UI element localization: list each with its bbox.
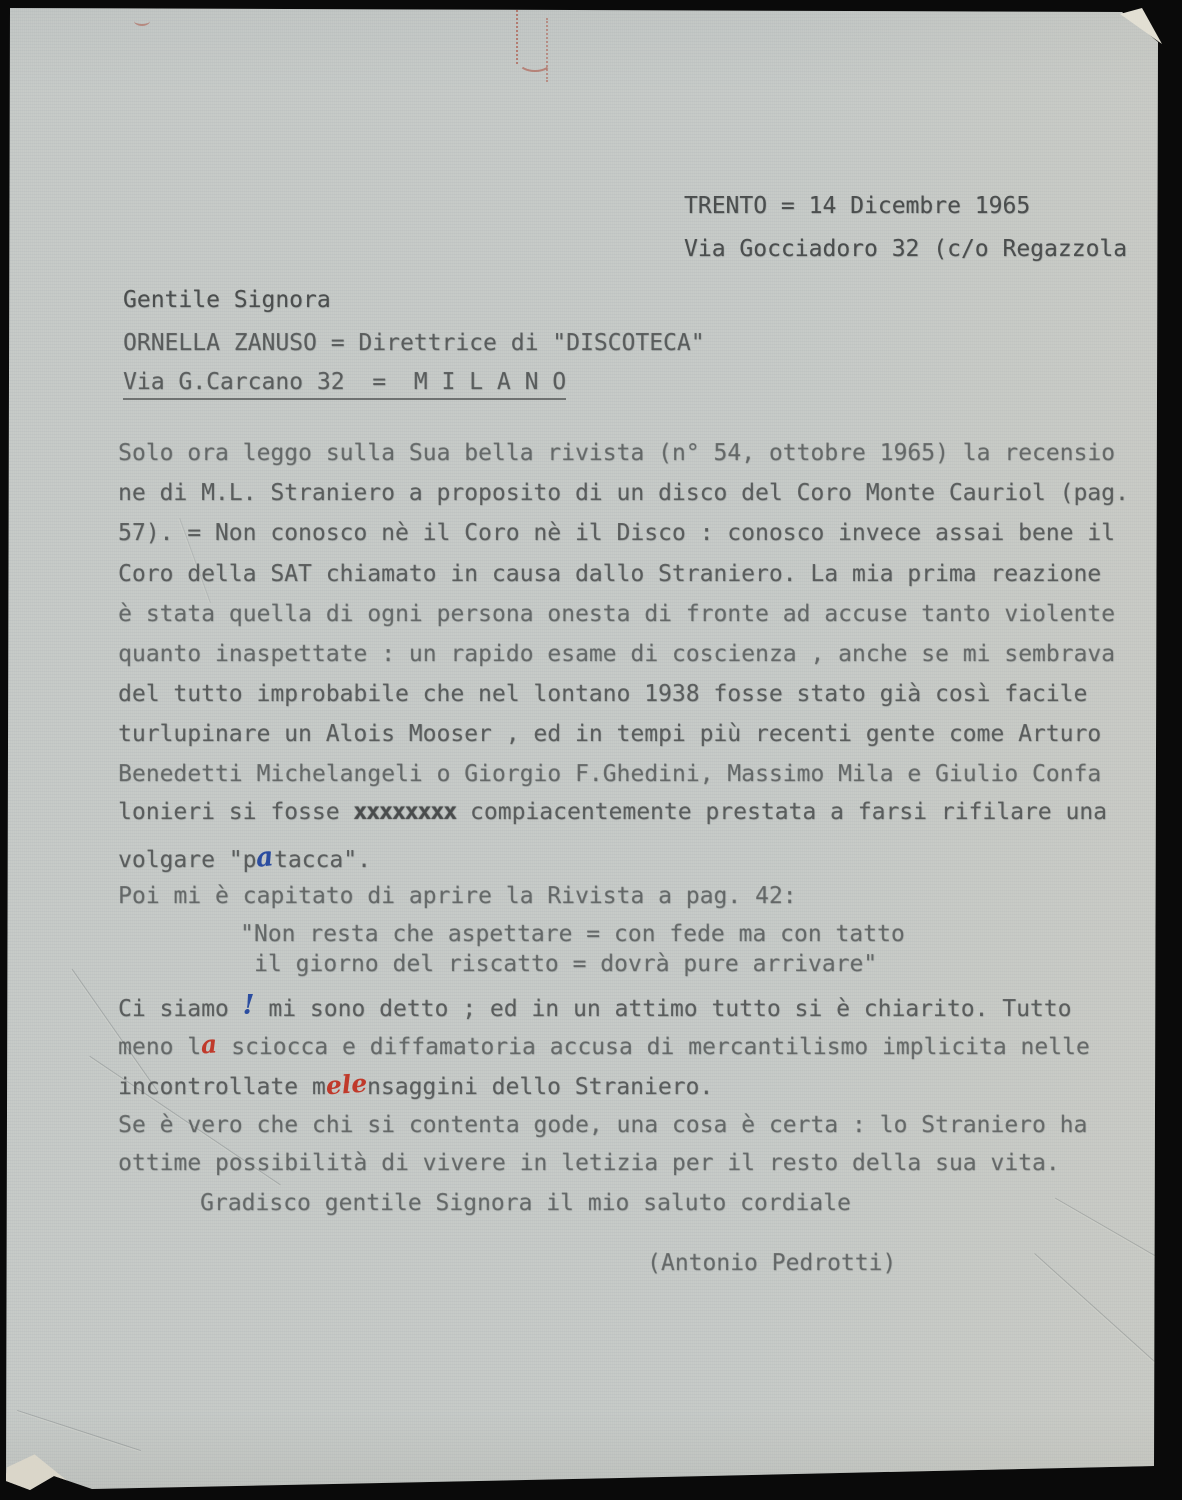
letter-paper: TRENTO = 14 Dicembre 1965 Via Gocciadoro… <box>0 0 1182 1500</box>
body-text: tacca". <box>274 847 371 873</box>
body-line: quanto inaspettate : un rapido esame di … <box>118 641 1115 667</box>
handwritten-correction-blue: a <box>255 841 276 874</box>
body-text: sciocca e diffamatoria accusa di mercant… <box>217 1034 1089 1060</box>
quote-line: "Non resta che aspettare = con fede ma c… <box>240 921 905 947</box>
recipient-address-line: Via G.Carcano 32 = M I L A N O <box>123 369 566 400</box>
body-text: meno l <box>118 1034 201 1060</box>
sender-address-line: Via Gocciadoro 32 (c/o Regazzola <box>684 236 1127 262</box>
body-line: 57). = Non conosco nè il Coro nè il Disc… <box>118 520 1115 546</box>
signature-line: (Antonio Pedrotti) <box>647 1250 896 1276</box>
body-line: Ci siamo ! mi sono detto ; ed in un atti… <box>118 992 1071 1023</box>
body-line: del tutto improbabile che nel lontano 19… <box>118 681 1087 707</box>
body-line: incontrollate melensaggini dello Stranie… <box>118 1072 713 1101</box>
body-line: ottime possibilità di vivere in letizia … <box>118 1150 1060 1176</box>
red-pencil-mark <box>518 52 552 72</box>
typed-strikethrough: xxxxxxxx <box>353 799 456 825</box>
body-line: Solo ora leggo sulla Sua bella rivista (… <box>118 440 1115 466</box>
closing-line: Gradisco gentile Signora il mio saluto c… <box>200 1190 851 1216</box>
paper-crease <box>1034 1253 1182 1408</box>
body-line: Coro della SAT chiamato in causa dallo S… <box>118 561 1101 587</box>
date-line: TRENTO = 14 Dicembre 1965 <box>684 193 1030 219</box>
body-line: meno la sciocca e diffamatoria accusa di… <box>118 1032 1090 1061</box>
quote-line: il giorno del riscatto = dovrà pure arri… <box>254 951 877 977</box>
body-line: Poi mi è capitato di aprire la Rivista a… <box>118 883 797 909</box>
body-text: mi sono detto ; ed in un attimo tutto si… <box>254 996 1071 1022</box>
handwritten-correction-red: ele <box>325 1070 368 1102</box>
handwritten-exclamation-blue: ! <box>243 990 255 1021</box>
red-pencil-mark <box>134 16 150 26</box>
paper-tear <box>3 1451 72 1500</box>
recipient-name-line: ORNELLA ZANUSO = Direttrice di "DISCOTEC… <box>123 330 705 356</box>
handwritten-correction-red: a <box>200 1030 218 1060</box>
body-line: Se è vero che chi si contenta gode, una … <box>118 1112 1087 1138</box>
body-line: ne di M.L. Straniero a proposito di un d… <box>118 480 1129 506</box>
body-text: Ci siamo <box>118 996 243 1022</box>
body-text: nsaggini dello Straniero. <box>367 1074 713 1100</box>
body-line: turlupinare un Alois Mooser , ed in temp… <box>118 721 1101 747</box>
paper-crease <box>17 1410 141 1451</box>
body-line: lonieri si fosse xxxxxxxx compiacentemen… <box>118 799 1107 825</box>
salutation: Gentile Signora <box>123 287 331 313</box>
body-text: volgare "p <box>118 847 256 873</box>
body-text: incontrollate m <box>118 1074 326 1100</box>
red-pencil-mark <box>546 18 548 82</box>
body-line: Benedetti Michelangeli o Giorgio F.Ghedi… <box>118 761 1101 787</box>
body-text: compiacentemente prestata a farsi rifila… <box>456 799 1107 825</box>
red-pencil-mark <box>516 10 518 64</box>
body-line: volgare "patacca". <box>118 843 371 874</box>
body-text: lonieri si fosse <box>118 799 353 825</box>
body-line: è stata quella di ogni persona onesta di… <box>118 601 1115 627</box>
paper-crease <box>1055 1198 1182 1274</box>
